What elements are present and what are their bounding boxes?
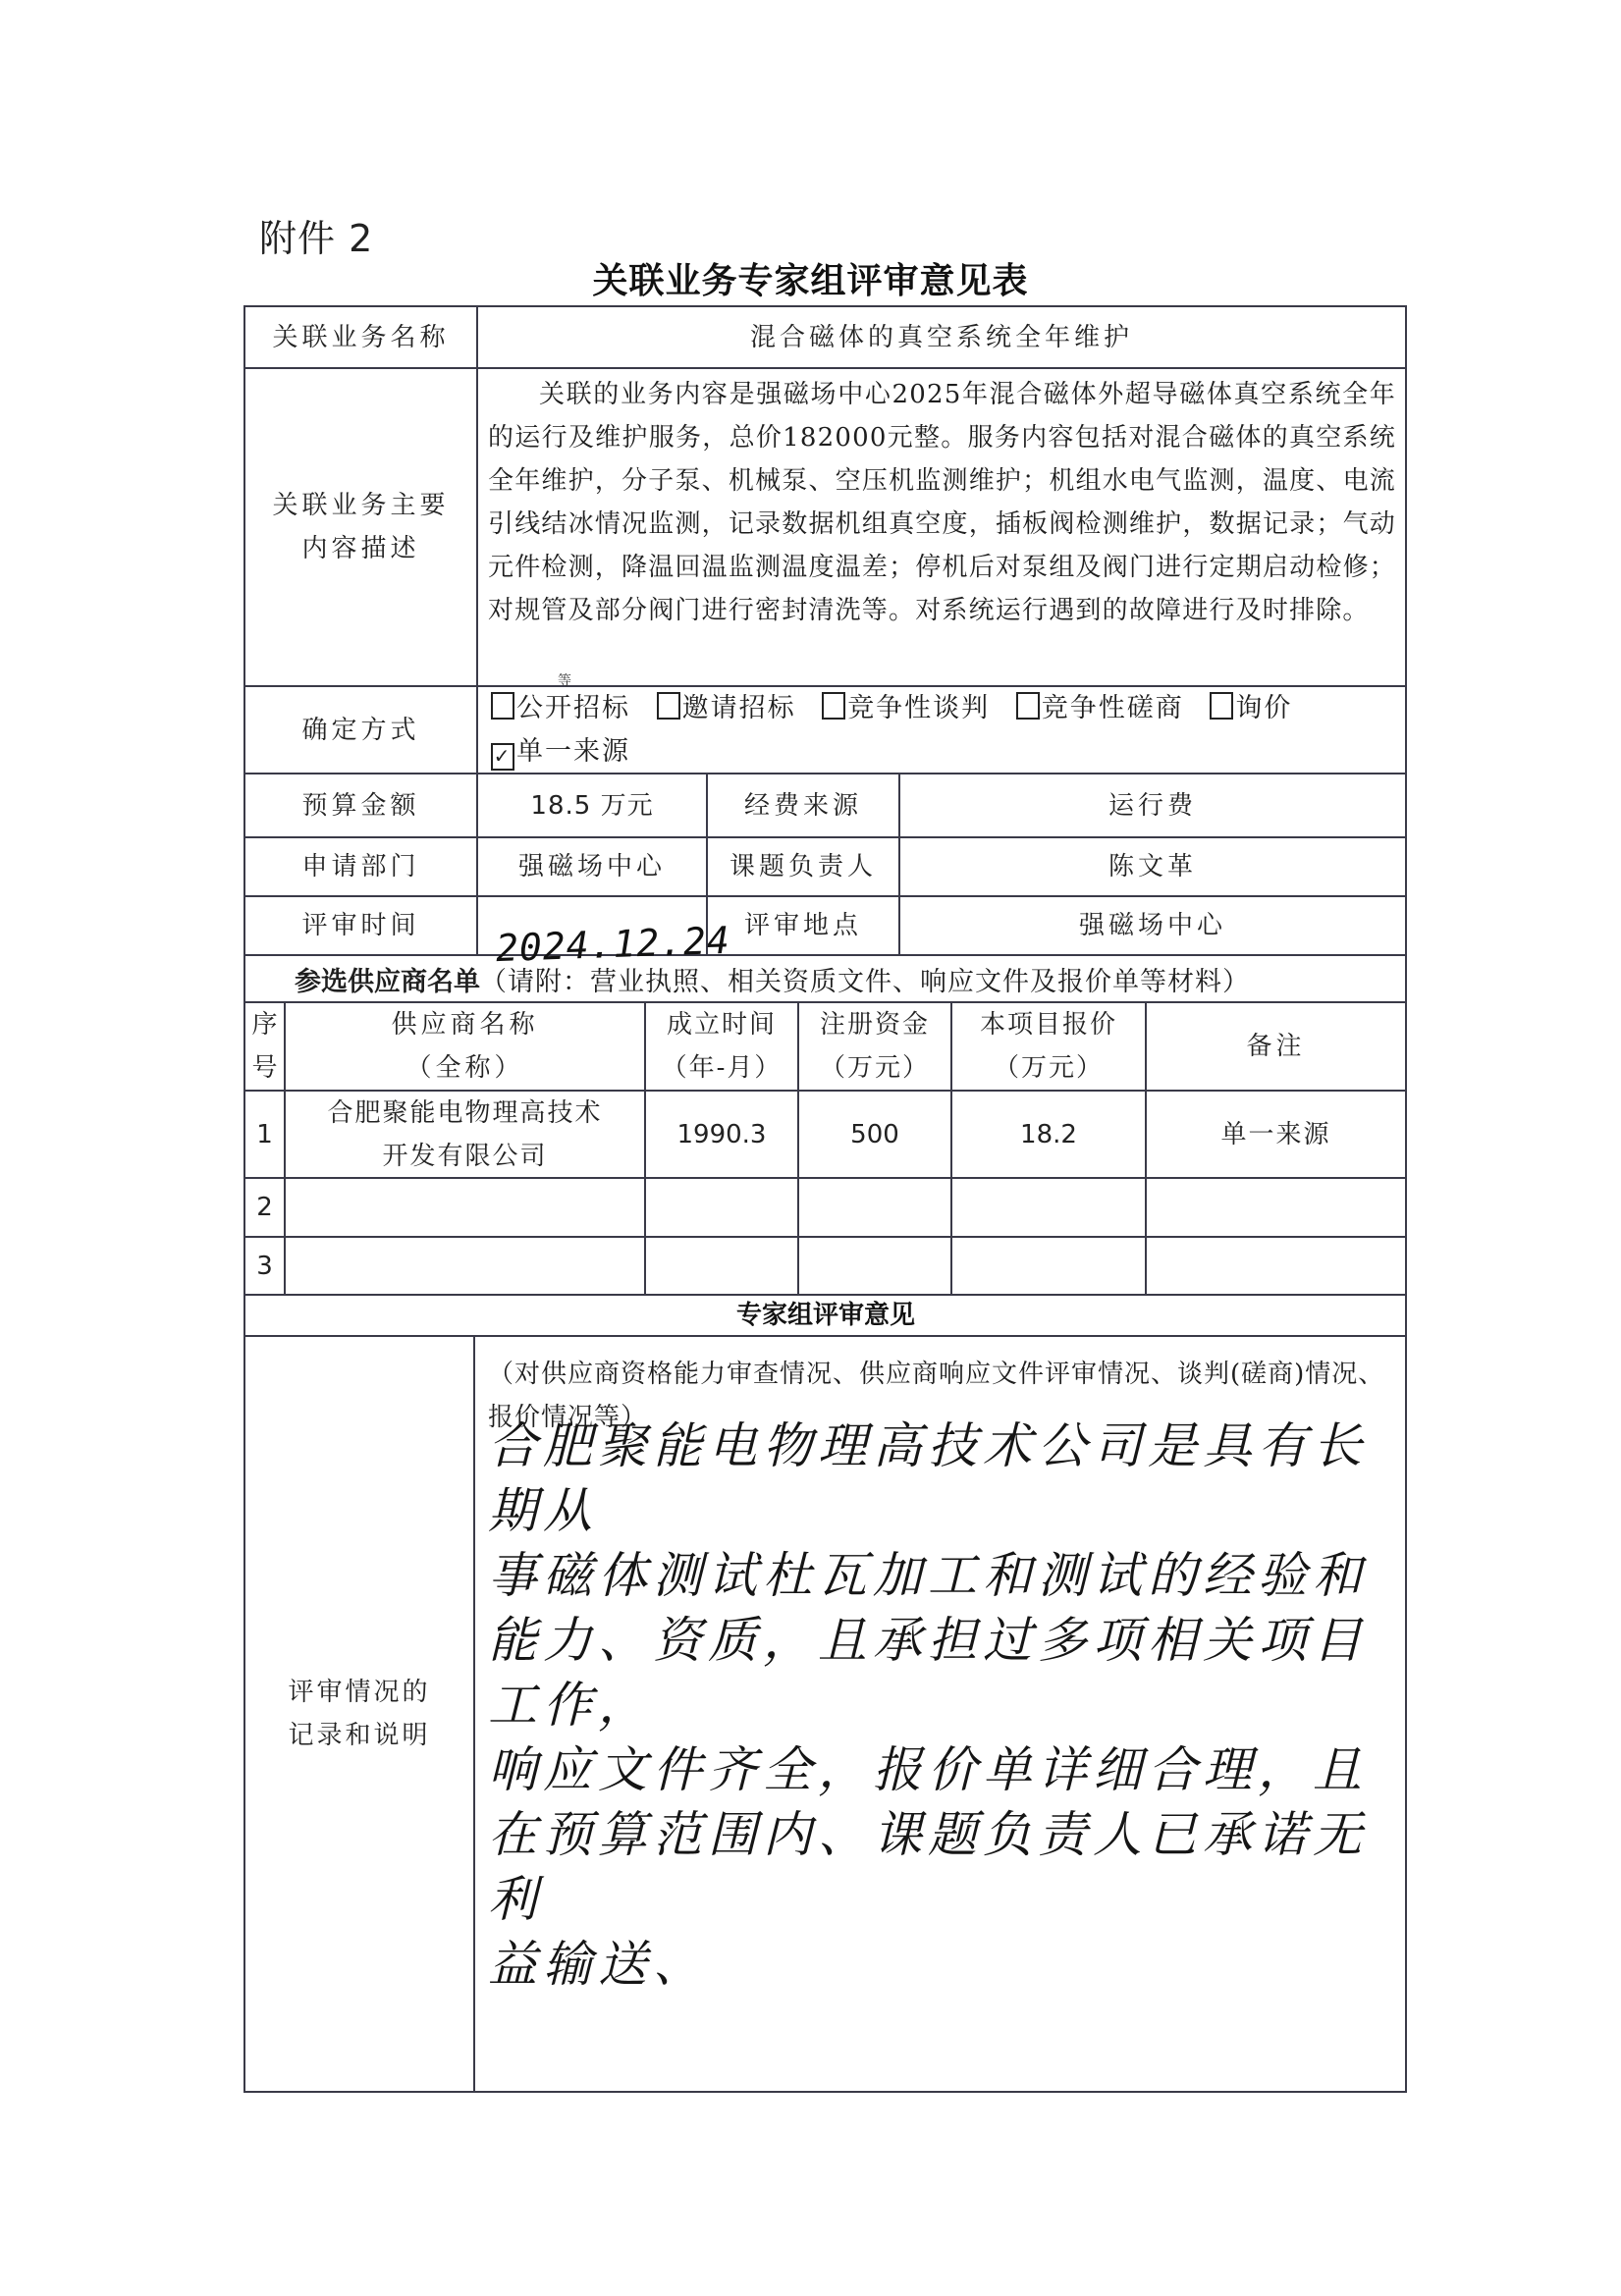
supplier-quote: 18.2 bbox=[952, 1092, 1145, 1177]
method-option-competitive-negotiation[interactable]: 竞争性谈判 bbox=[822, 687, 990, 730]
column-header-no: 序号 bbox=[245, 1003, 284, 1090]
supplier-founded: 1990.3 bbox=[646, 1092, 797, 1177]
table-border-bottom bbox=[244, 2091, 1407, 2093]
row-divider bbox=[244, 1236, 1407, 1238]
checkbox-checked-icon[interactable]: ✓ bbox=[491, 743, 514, 771]
project-lead-value: 陈文革 bbox=[900, 838, 1405, 895]
description-label-line2: 内容描述 bbox=[301, 527, 419, 570]
column-header-quote: 本项目报价（万元） bbox=[952, 1003, 1145, 1090]
department-label: 申请部门 bbox=[245, 838, 476, 895]
supplier-name: 合肥聚能电物理高技术开发有限公司 bbox=[286, 1092, 644, 1177]
row-no: 1 bbox=[245, 1092, 284, 1177]
method-options: 公开招标 邀请招标 竞争性谈判 竞争性磋商 询价 ✓单一来源 bbox=[491, 687, 1394, 774]
column-header-remark: 备注 bbox=[1147, 1003, 1405, 1090]
budget-label: 预算金额 bbox=[245, 774, 476, 836]
review-notes-label: 评审情况的记录和说明 bbox=[245, 1337, 473, 2091]
description-label-line1: 关联业务主要 bbox=[272, 484, 449, 527]
column-header-supplier-name: 供应商名称（全称） bbox=[286, 1003, 644, 1090]
handwritten-line: 益输送、 bbox=[488, 1932, 1401, 1997]
column-header-founded: 成立时间（年-月） bbox=[646, 1003, 797, 1090]
column-divider bbox=[473, 1335, 475, 2092]
table-border-right bbox=[1405, 305, 1407, 2093]
review-time-label: 评审时间 bbox=[245, 897, 476, 954]
row-no: 2 bbox=[245, 1179, 284, 1236]
business-name-label: 关联业务名称 bbox=[245, 307, 476, 367]
row-no: 3 bbox=[245, 1238, 284, 1294]
form-title: 关联业务专家组评审意见表 bbox=[0, 253, 1621, 303]
funding-source-label: 经费来源 bbox=[708, 774, 898, 836]
expert-opinion-heading: 专家组评审意见 bbox=[244, 1296, 1407, 1335]
method-option-single-source[interactable]: ✓单一来源 bbox=[491, 730, 630, 774]
review-notes-handwritten: 合肥聚能电物理高技术公司是具有长期从 事磁体测试杜瓦加工和测试的经验和 能力、资… bbox=[488, 1414, 1401, 1997]
funding-source-value: 运行费 bbox=[900, 774, 1405, 836]
method-option-public-tender[interactable]: 公开招标 bbox=[491, 687, 630, 730]
description-paragraph: 关联的业务内容是强磁场中心2025年混合磁体外超导磁体真空系统全年的运行及维护服… bbox=[488, 373, 1396, 632]
project-lead-label: 课题负责人 bbox=[708, 838, 898, 895]
supplier-remark: 单一来源 bbox=[1147, 1092, 1405, 1177]
column-header-capital: 注册资金（万元） bbox=[799, 1003, 950, 1090]
business-name-value: 混合磁体的真空系统全年维护 bbox=[478, 307, 1405, 367]
checkbox-unchecked-icon[interactable] bbox=[1210, 692, 1233, 720]
method-option-invited-tender[interactable]: 邀请招标 bbox=[657, 687, 796, 730]
review-location-label: 评审地点 bbox=[708, 897, 898, 954]
checkbox-unchecked-icon[interactable] bbox=[1016, 692, 1040, 720]
handwritten-line: 响应文件齐全，报价单详细合理，且 bbox=[488, 1737, 1401, 1802]
handwritten-line: 能力、资质，且承担过多项相关项目工作， bbox=[488, 1608, 1401, 1737]
supplier-capital: 500 bbox=[799, 1092, 950, 1177]
description-text: 关联的业务内容是强磁场中心2025年混合磁体外超导磁体真空系统全年的运行及维护服… bbox=[488, 373, 1396, 632]
handwritten-line: 在预算范围内、课题负责人已承诺无利 bbox=[488, 1802, 1401, 1932]
handwritten-line: 事磁体测试杜瓦加工和测试的经验和 bbox=[488, 1543, 1401, 1608]
review-location-value: 强磁场中心 bbox=[900, 897, 1405, 954]
checkbox-unchecked-icon[interactable] bbox=[822, 692, 845, 720]
checkbox-unchecked-icon[interactable] bbox=[657, 692, 680, 720]
checkbox-unchecked-icon[interactable] bbox=[491, 692, 514, 720]
supplier-list-title: 参选供应商名单（请附：营业执照、相关资质文件、响应文件及报价单等材料） bbox=[295, 960, 1250, 998]
description-label: 关联业务主要 内容描述 bbox=[245, 369, 476, 685]
method-option-inquiry[interactable]: 询价 bbox=[1210, 687, 1292, 730]
method-label: 确定方式 bbox=[245, 687, 476, 773]
method-option-competitive-consultation[interactable]: 竞争性磋商 bbox=[1016, 687, 1184, 730]
row-divider bbox=[244, 954, 1407, 956]
budget-value: 18.5 万元 bbox=[478, 774, 706, 836]
handwritten-line: 合肥聚能电物理高技术公司是具有长期从 bbox=[488, 1414, 1401, 1543]
department-value: 强磁场中心 bbox=[478, 838, 706, 895]
